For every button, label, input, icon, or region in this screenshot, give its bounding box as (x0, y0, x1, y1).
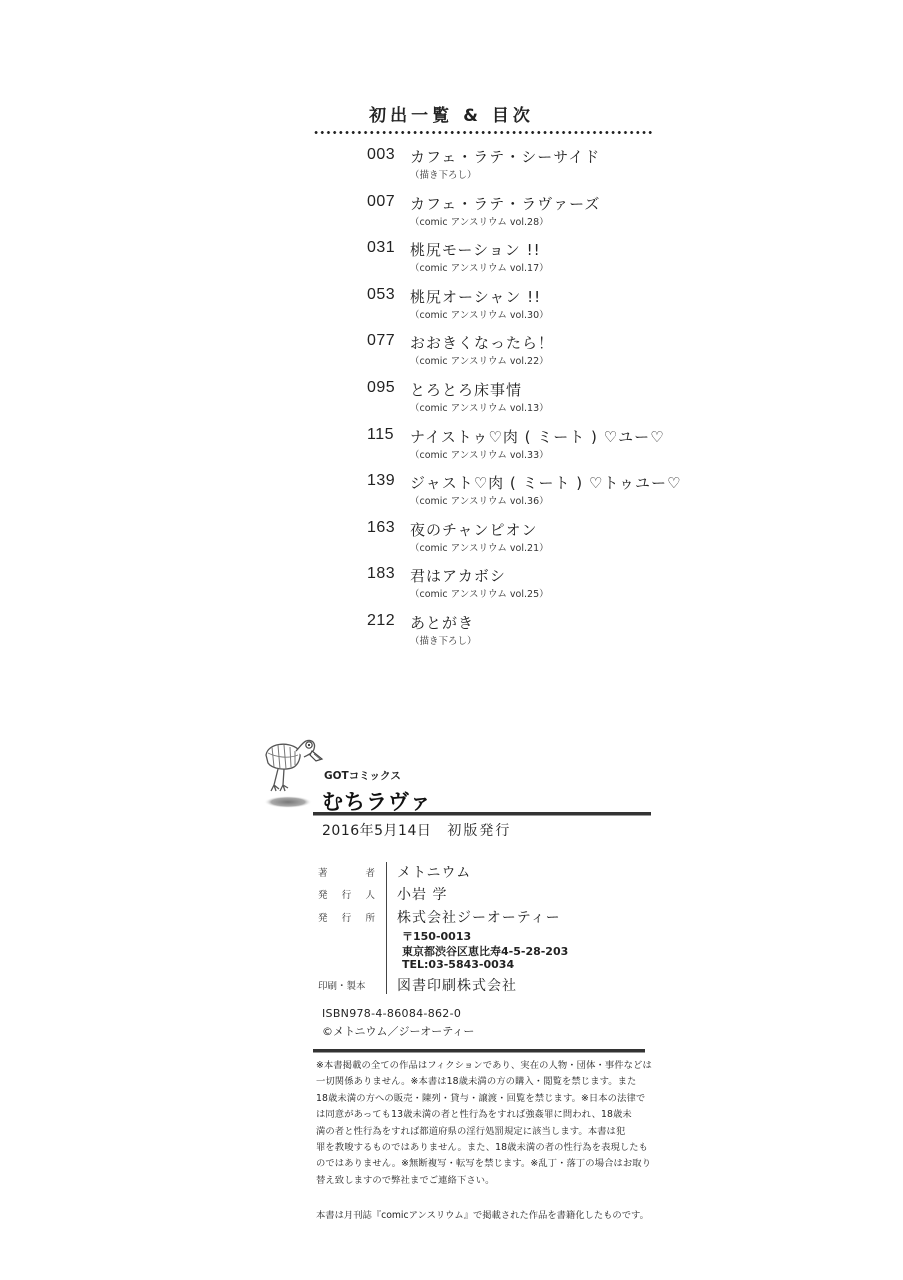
credit-value: メトニウム (397, 862, 471, 882)
toc-page-number: 077 (367, 332, 395, 350)
notice-rule (313, 1049, 645, 1053)
toc-entry: 139 ジャスト♡肉 ( ミート ) ♡トゥユー♡ （comic アンスリウム … (367, 472, 667, 519)
toc-story-title: 夜のチャンピオン (410, 519, 538, 540)
toc-source: （comic アンスリウム vol.30） (410, 307, 549, 321)
toc-source: （描き下ろし） (410, 167, 477, 181)
toc-entry: 077 おおきくなったら！ （comic アンスリウム vol.22） (367, 332, 667, 379)
toc-page-number: 095 (367, 379, 395, 397)
postal-code: 〒150-0013 (402, 928, 471, 944)
toc-story-title: おおきくなったら！ (410, 332, 554, 353)
toc-source: （描き下ろし） (410, 633, 477, 647)
credit-value: 図書印刷株式会社 (397, 975, 517, 995)
notice-line: 替え致しますので弊社までご連絡下さい。 (316, 1173, 654, 1189)
toc-entry: 031 桃尻モーション !! （comic アンスリウム vol.17） (367, 239, 667, 286)
toc-page-number: 139 (367, 472, 395, 490)
toc-source: （comic アンスリウム vol.13） (410, 400, 549, 414)
notice-line: 満の者と性行為をすれば都道府県の淫行処罰規定に該当します。本書は犯 (316, 1124, 654, 1140)
toc-story-title: あとがき (410, 612, 474, 633)
toc-source: （comic アンスリウム vol.28） (410, 214, 549, 228)
credit-value: 株式会社ジーオーティー (397, 907, 561, 927)
toc-story-title: 桃尻モーション !! (410, 239, 541, 260)
toc-page-number: 031 (367, 239, 395, 257)
toc-story-title: カフェ・ラテ・ラヴァーズ (410, 193, 600, 214)
toc-source: （comic アンスリウム vol.33） (410, 447, 549, 461)
toc-heading: 初出一覧 & 目次 (0, 101, 903, 126)
credit-value: 小岩 学 (397, 884, 447, 904)
notice-line: のではありません。※無断複写・転写を禁じます。※乱丁・落丁の場合はお取り (316, 1156, 654, 1172)
toc-entry: 095 とろとろ床事情 （comic アンスリウム vol.13） (367, 379, 667, 426)
bird-mascot-icon (258, 737, 328, 812)
toc-story-title: 君はアカボシ (410, 565, 506, 586)
origin-note: 本書は月刊誌『comicアンスリウム』で掲載された作品を書籍化したものです。 (316, 1207, 649, 1221)
toc-page-number: 053 (367, 286, 395, 304)
toc-source: （comic アンスリウム vol.25） (410, 586, 549, 600)
street-address: 東京都渋谷区恵比寿4-5-28-203 (402, 943, 568, 959)
notice-line: ※本書掲載の全ての作品はフィクションであり、実在の人物・団体・事件などは (316, 1058, 654, 1074)
publication-date: 2016年5月14日初版発行 (322, 820, 511, 840)
toc-entry: 053 桃尻オーシャン !! （comic アンスリウム vol.30） (367, 286, 667, 333)
toc-page-number: 163 (367, 519, 395, 537)
credits-separator (386, 862, 387, 994)
toc-story-title: 桃尻オーシャン !! (410, 286, 541, 307)
toc-entry: 183 君はアカボシ （comic アンスリウム vol.25） (367, 565, 667, 612)
toc-page-number: 115 (367, 426, 394, 444)
title-rule (313, 812, 651, 816)
toc-story-title: ナイストゥ♡肉 ( ミート ) ♡ユー♡ (410, 426, 665, 447)
toc-source: （comic アンスリウム vol.17） (410, 260, 549, 274)
toc-list: 003 カフェ・ラテ・シーサイド （描き下ろし） 007 カフェ・ラテ・ラヴァー… (367, 146, 667, 659)
toc-story-title: カフェ・ラテ・シーサイド (410, 146, 600, 167)
toc-source: （comic アンスリウム vol.36） (410, 493, 549, 507)
toc-source: （comic アンスリウム vol.21） (410, 540, 549, 554)
dotted-divider (313, 130, 653, 135)
credit-label: 印刷・製本 (318, 978, 375, 992)
notice-line: 罪を教唆するものではありません。また、18歳未満の者の性行為を表現したも (316, 1140, 654, 1156)
edition-text: 初版発行 (447, 823, 511, 839)
toc-story-title: ジャスト♡肉 ( ミート ) ♡トゥユー♡ (410, 472, 681, 493)
toc-story-title: とろとろ床事情 (410, 379, 522, 400)
notice-line: 一切関係ありません。※本書は18歳未満の方の購入・閲覧を禁じます。また (316, 1074, 654, 1090)
toc-entry: 212 あとがき （描き下ろし） (367, 612, 667, 659)
copyright: ©メトニウム／ジーオーティー (322, 1023, 474, 1039)
toc-page-number: 212 (367, 612, 395, 630)
toc-entry: 003 カフェ・ラテ・シーサイド （描き下ろし） (367, 146, 667, 193)
series-label: GOTコミックス (324, 768, 401, 783)
isbn: ISBN978-4-86084-862-0 (322, 1007, 461, 1020)
toc-page-number: 007 (367, 193, 395, 211)
date-text: 2016年5月14日 (322, 823, 431, 839)
credit-label: 発 行 所 (318, 910, 375, 924)
notice-line: 18歳未満の方への販売・陳列・貸与・譲渡・回覧を禁じます。※日本の法律で (316, 1091, 654, 1107)
toc-source: （comic アンスリウム vol.22） (410, 353, 549, 367)
toc-entry: 007 カフェ・ラテ・ラヴァーズ （comic アンスリウム vol.28） (367, 193, 667, 240)
toc-page-number: 183 (367, 565, 395, 583)
credit-label: 著 者 (318, 865, 375, 879)
toc-page-number: 003 (367, 146, 395, 164)
toc-entry: 163 夜のチャンピオン （comic アンスリウム vol.21） (367, 519, 667, 566)
legal-notice: ※本書掲載の全ての作品はフィクションであり、実在の人物・団体・事件などは 一切関… (316, 1058, 654, 1189)
toc-entry: 115 ナイストゥ♡肉 ( ミート ) ♡ユー♡ （comic アンスリウム v… (367, 426, 667, 473)
notice-line: は同意があっても13歳未満の者と性行為をすれば強姦罪に問われ、18歳未 (316, 1107, 654, 1123)
credit-label: 発 行 人 (318, 887, 375, 901)
telephone: TEL:03-5843-0034 (402, 958, 514, 971)
